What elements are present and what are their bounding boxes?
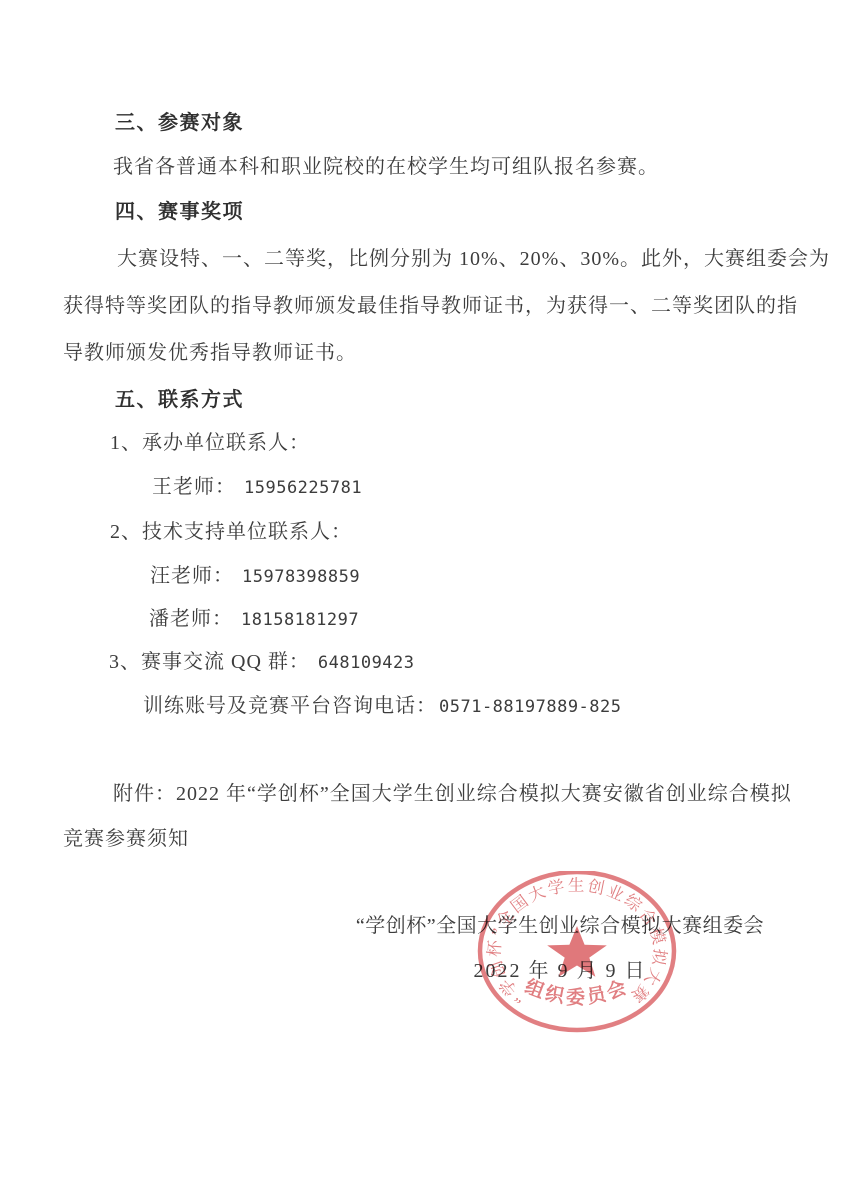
hotline: 训练账号及竞赛平台咨询电话：0571-88197889-825 [143,693,622,720]
attachment-line-1: 附件：2022 年“学创杯”全国大学生创业综合模拟大赛安徽省创业综合模拟 [113,781,792,807]
contact-wang: 王老师：15956225781 [152,474,362,501]
hotline-phone: 0571-88197889-825 [439,697,622,717]
document-page: 三、参赛对象 我省各普通本科和职业院校的在校学生均可组队报名参赛。 四、赛事奖项… [0,0,849,1200]
section4-line-2: 获得特等奖团队的指导教师颁发最佳指导教师证书，为获得一、二等奖团队的指 [63,293,798,319]
contact-wang2: 汪老师：15978398859 [150,563,360,590]
contact-wang-phone: 15956225781 [244,478,362,498]
star-icon [547,926,607,977]
hotline-label: 训练账号及竞赛平台咨询电话： [143,695,437,717]
section4-line-3: 导教师颁发优秀指导教师证书。 [63,340,357,366]
contact-item-2-label: 2、技术支持单位联系人： [110,519,352,545]
contact-pan-name: 潘老师： [149,608,233,630]
contact-item-1-label: 1、承办单位联系人： [110,430,310,456]
qq-group-number: 648109423 [318,653,415,673]
contact-pan: 潘老师：18158181297 [149,606,359,633]
contact-wang-name: 王老师： [152,476,236,498]
contact-wang2-name: 汪老师： [150,565,234,587]
official-seal: “学创杯”全国大学生创业综合模拟大赛 组织委员会 [467,871,687,1051]
section4-heading: 四、赛事奖项 [115,199,244,225]
contact-pan-phone: 18158181297 [241,610,359,630]
section3-heading: 三、参赛对象 [115,110,244,136]
qq-group-label: 3、赛事交流 QQ 群： [109,651,310,673]
section4-line-1: 大赛设特、一、二等奖，比例分别为 10%、20%、30%。此外，大赛组委会为 [117,246,830,272]
seal-bottom-text: 组织委员会 [522,975,632,1009]
attachment-line-2: 竞赛参赛须知 [63,826,189,852]
section3-body: 我省各普通本科和职业院校的在校学生均可组队报名参赛。 [113,154,659,180]
section5-heading: 五、联系方式 [115,387,244,413]
contact-item-3: 3、赛事交流 QQ 群：648109423 [109,649,415,676]
contact-wang2-phone: 15978398859 [242,567,360,587]
